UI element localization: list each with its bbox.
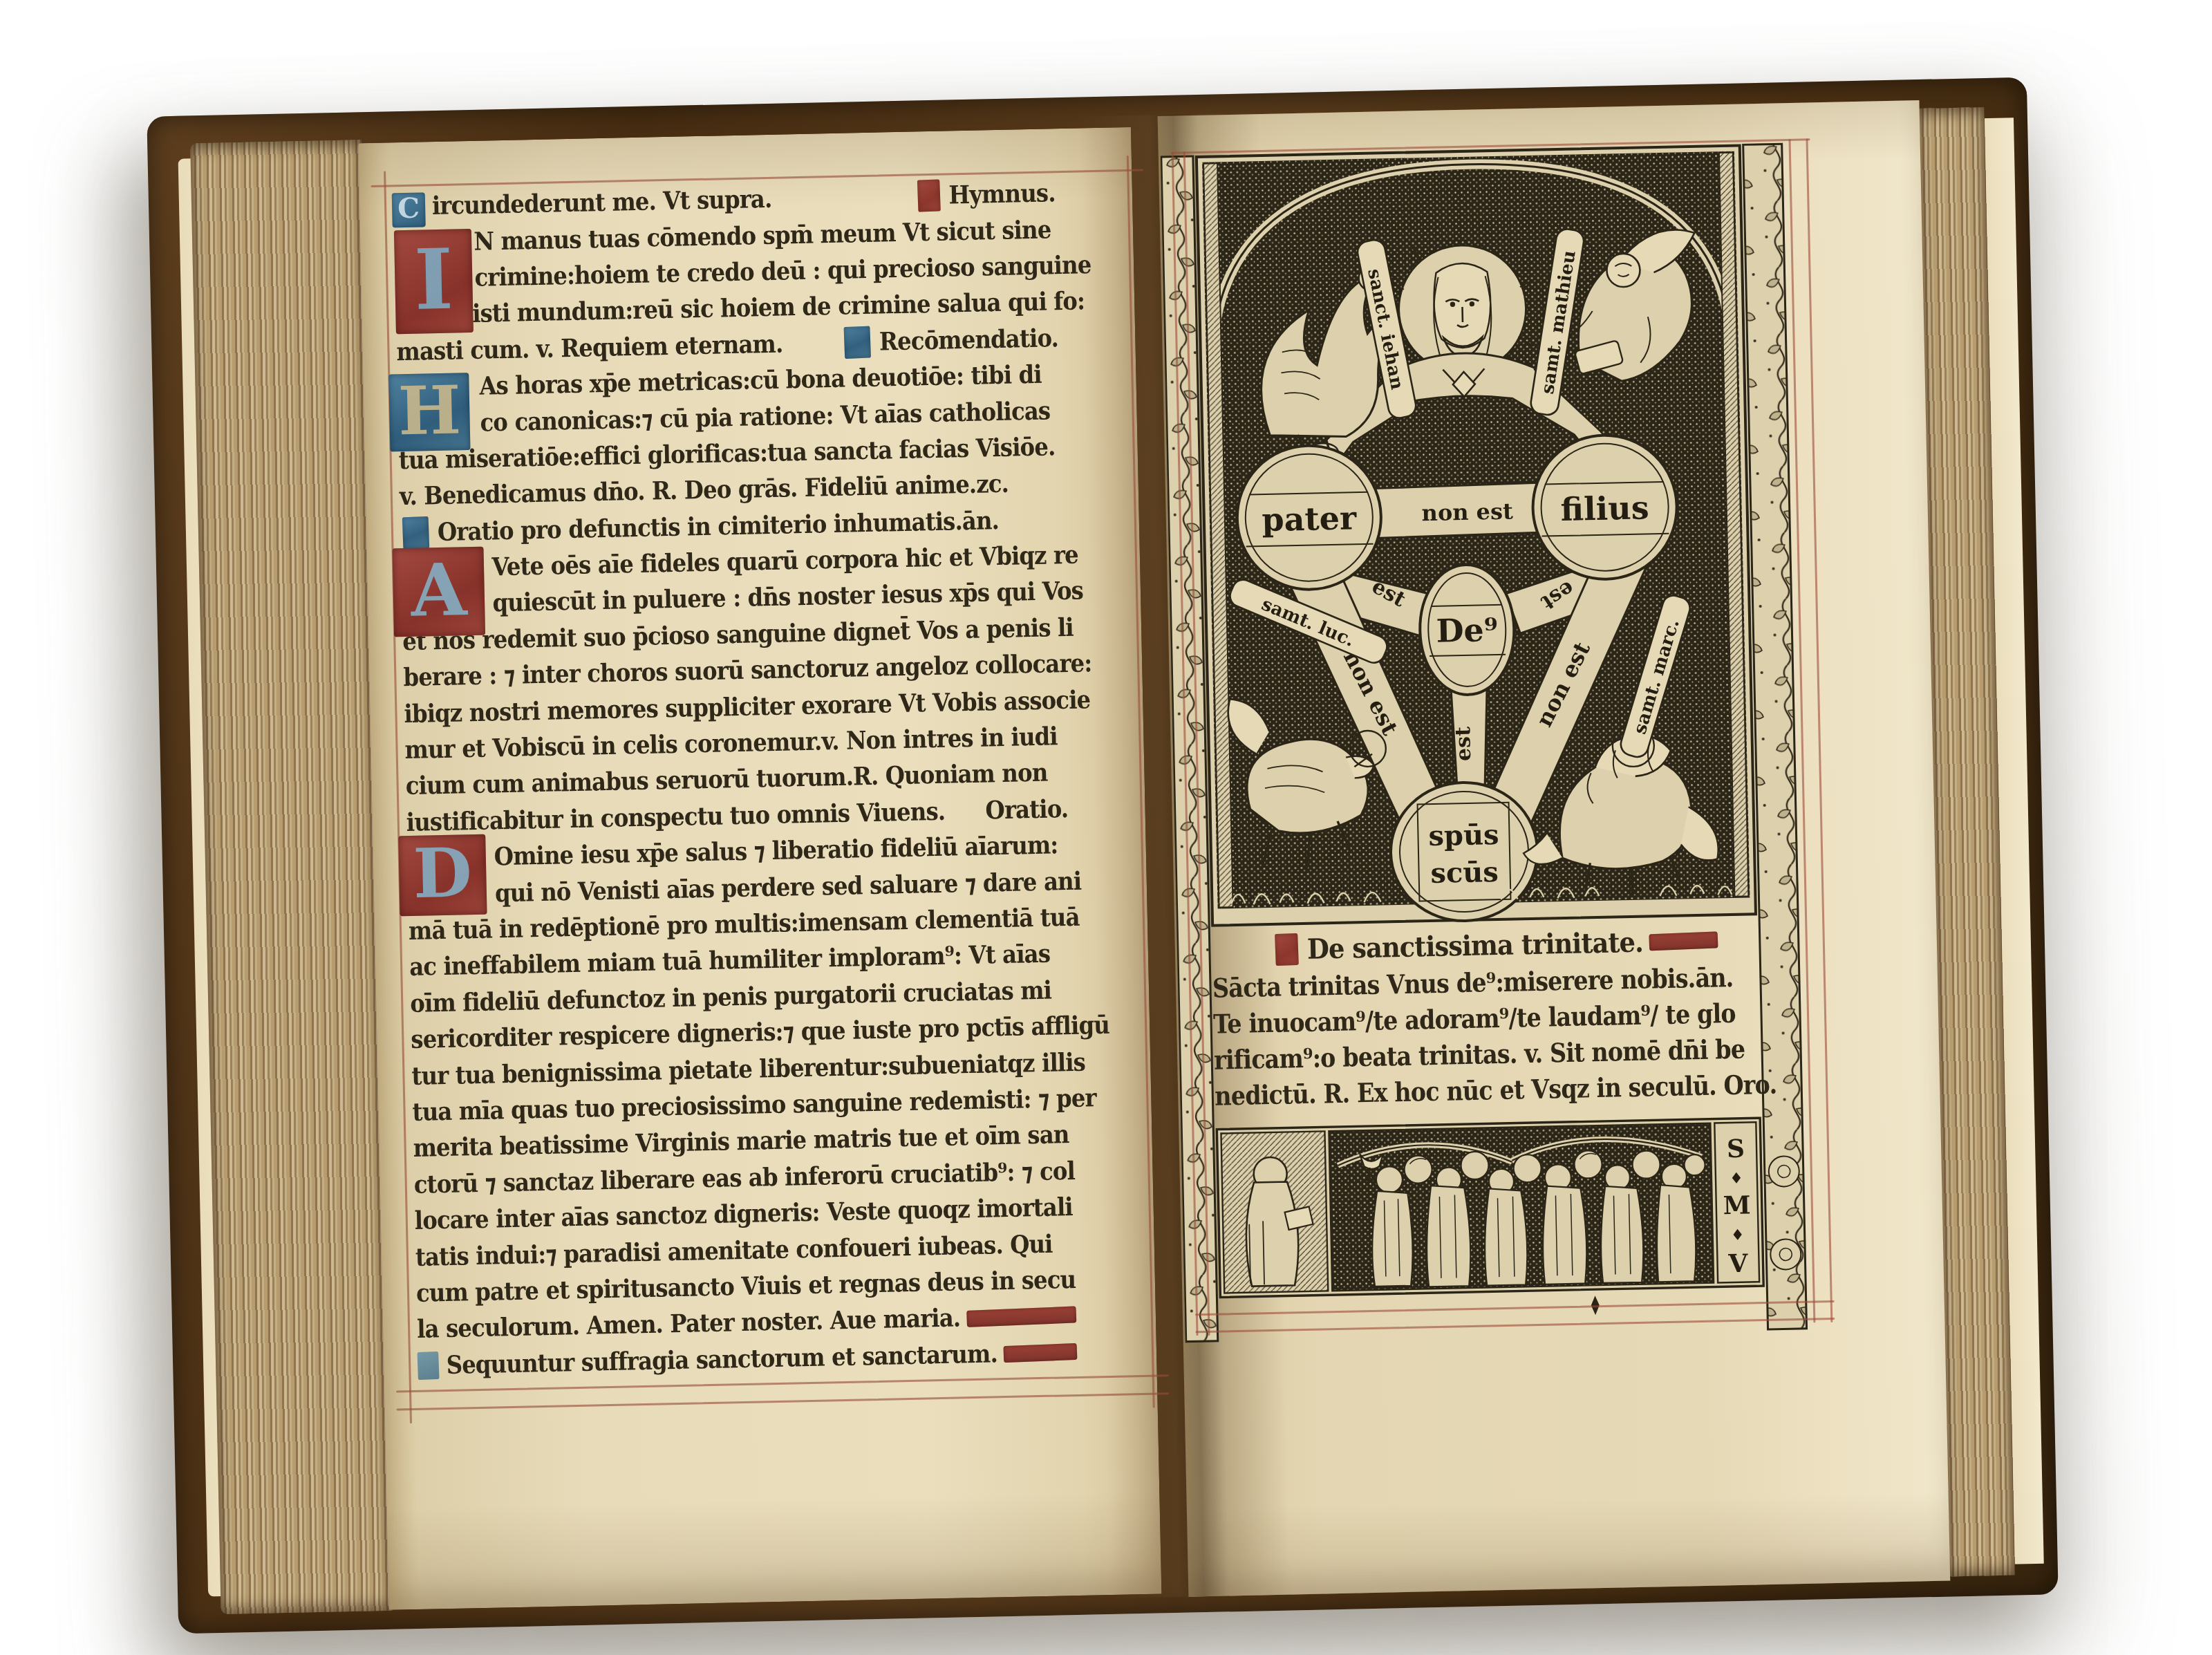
frieze-separator: ♦	[1730, 1170, 1743, 1188]
photo-of-open-book: ircundederunt me. Vt supra.Hymnus.N manu…	[0, 0, 2212, 1655]
text-segment: Recōmendatio.	[879, 324, 1059, 356]
label-est-bottom: est	[1451, 727, 1476, 762]
blue-sm-rubric-mark	[418, 1352, 440, 1380]
frieze-letter-v: V	[1727, 1249, 1749, 1279]
text-segment: masti cum. v. Requiem eternam.	[396, 329, 783, 366]
svg-text:filius: filius	[1560, 489, 1649, 528]
page-stack-left	[190, 140, 393, 1614]
drop-cap-letter: H	[397, 371, 462, 450]
svg-text:pater: pater	[1262, 499, 1358, 539]
right-page-text-block: De sanctissima trinitate. Sācta trinitas…	[1211, 921, 1768, 1114]
label-non-est-top: non est	[1421, 498, 1513, 526]
svg-text:scūs: scūs	[1430, 856, 1499, 890]
red-line-filler	[1649, 931, 1718, 951]
deus-circle: De⁹	[1418, 563, 1515, 695]
text-segment: Hymnus.	[948, 178, 1056, 209]
drop-cap-c: C	[392, 192, 426, 227]
drop-cap-h: H	[388, 373, 470, 451]
filius-circle: filius	[1531, 434, 1678, 581]
drop-cap-letter: I	[413, 230, 454, 328]
pater-circle: pater	[1236, 444, 1382, 590]
frieze-crowd-panel	[1329, 1123, 1714, 1291]
blue-rubric-mark	[844, 326, 871, 358]
frieze-letter-s: S	[1727, 1134, 1745, 1164]
frieze-separator: ♦	[1731, 1226, 1745, 1244]
drop-cap-a: A	[392, 547, 485, 637]
trinity-scene: sanct. iehan samt. mathieu	[1197, 145, 1756, 926]
drop-cap-d: D	[398, 834, 487, 917]
drop-cap-letter: C	[397, 191, 420, 225]
spacer	[771, 196, 915, 199]
svg-text:De⁹: De⁹	[1436, 611, 1498, 650]
text-segment: Oratio.	[985, 794, 1068, 825]
book: ircundederunt me. Vt supra.Hymnus.N manu…	[147, 77, 2058, 1634]
red-rubric-mark	[1275, 933, 1299, 966]
left-page-text-block: ircundederunt me. Vt supra.Hymnus.N manu…	[393, 174, 1154, 1384]
bottom-frieze: S ♦ M ♦ V	[1217, 1118, 1764, 1322]
text-segment: ircundederunt me. Vt supra.	[431, 185, 771, 221]
spacer	[782, 342, 842, 344]
frieze-letters-panel: S ♦ M ♦ V	[1714, 1122, 1759, 1282]
svg-text:spūs: spūs	[1428, 819, 1499, 852]
drop-cap-letter: A	[410, 547, 467, 633]
red-line-filler	[966, 1307, 1077, 1327]
spiritus-circle: spūs scūs	[1389, 781, 1539, 922]
blue-rubric-mark	[402, 516, 429, 549]
frieze-saint-panel	[1221, 1131, 1328, 1293]
frieze-letter-m: M	[1723, 1190, 1751, 1220]
drop-cap-i: I	[394, 229, 474, 334]
red-line-filler	[1003, 1343, 1077, 1363]
drop-cap-letter: D	[413, 833, 473, 914]
text-segment: De sanctissima trinitate.	[1306, 926, 1643, 965]
red-rubric-mark	[917, 180, 941, 212]
trinity-woodcut: sanct. iehan samt. mathieu	[1161, 134, 1811, 1347]
spacer	[945, 810, 985, 811]
